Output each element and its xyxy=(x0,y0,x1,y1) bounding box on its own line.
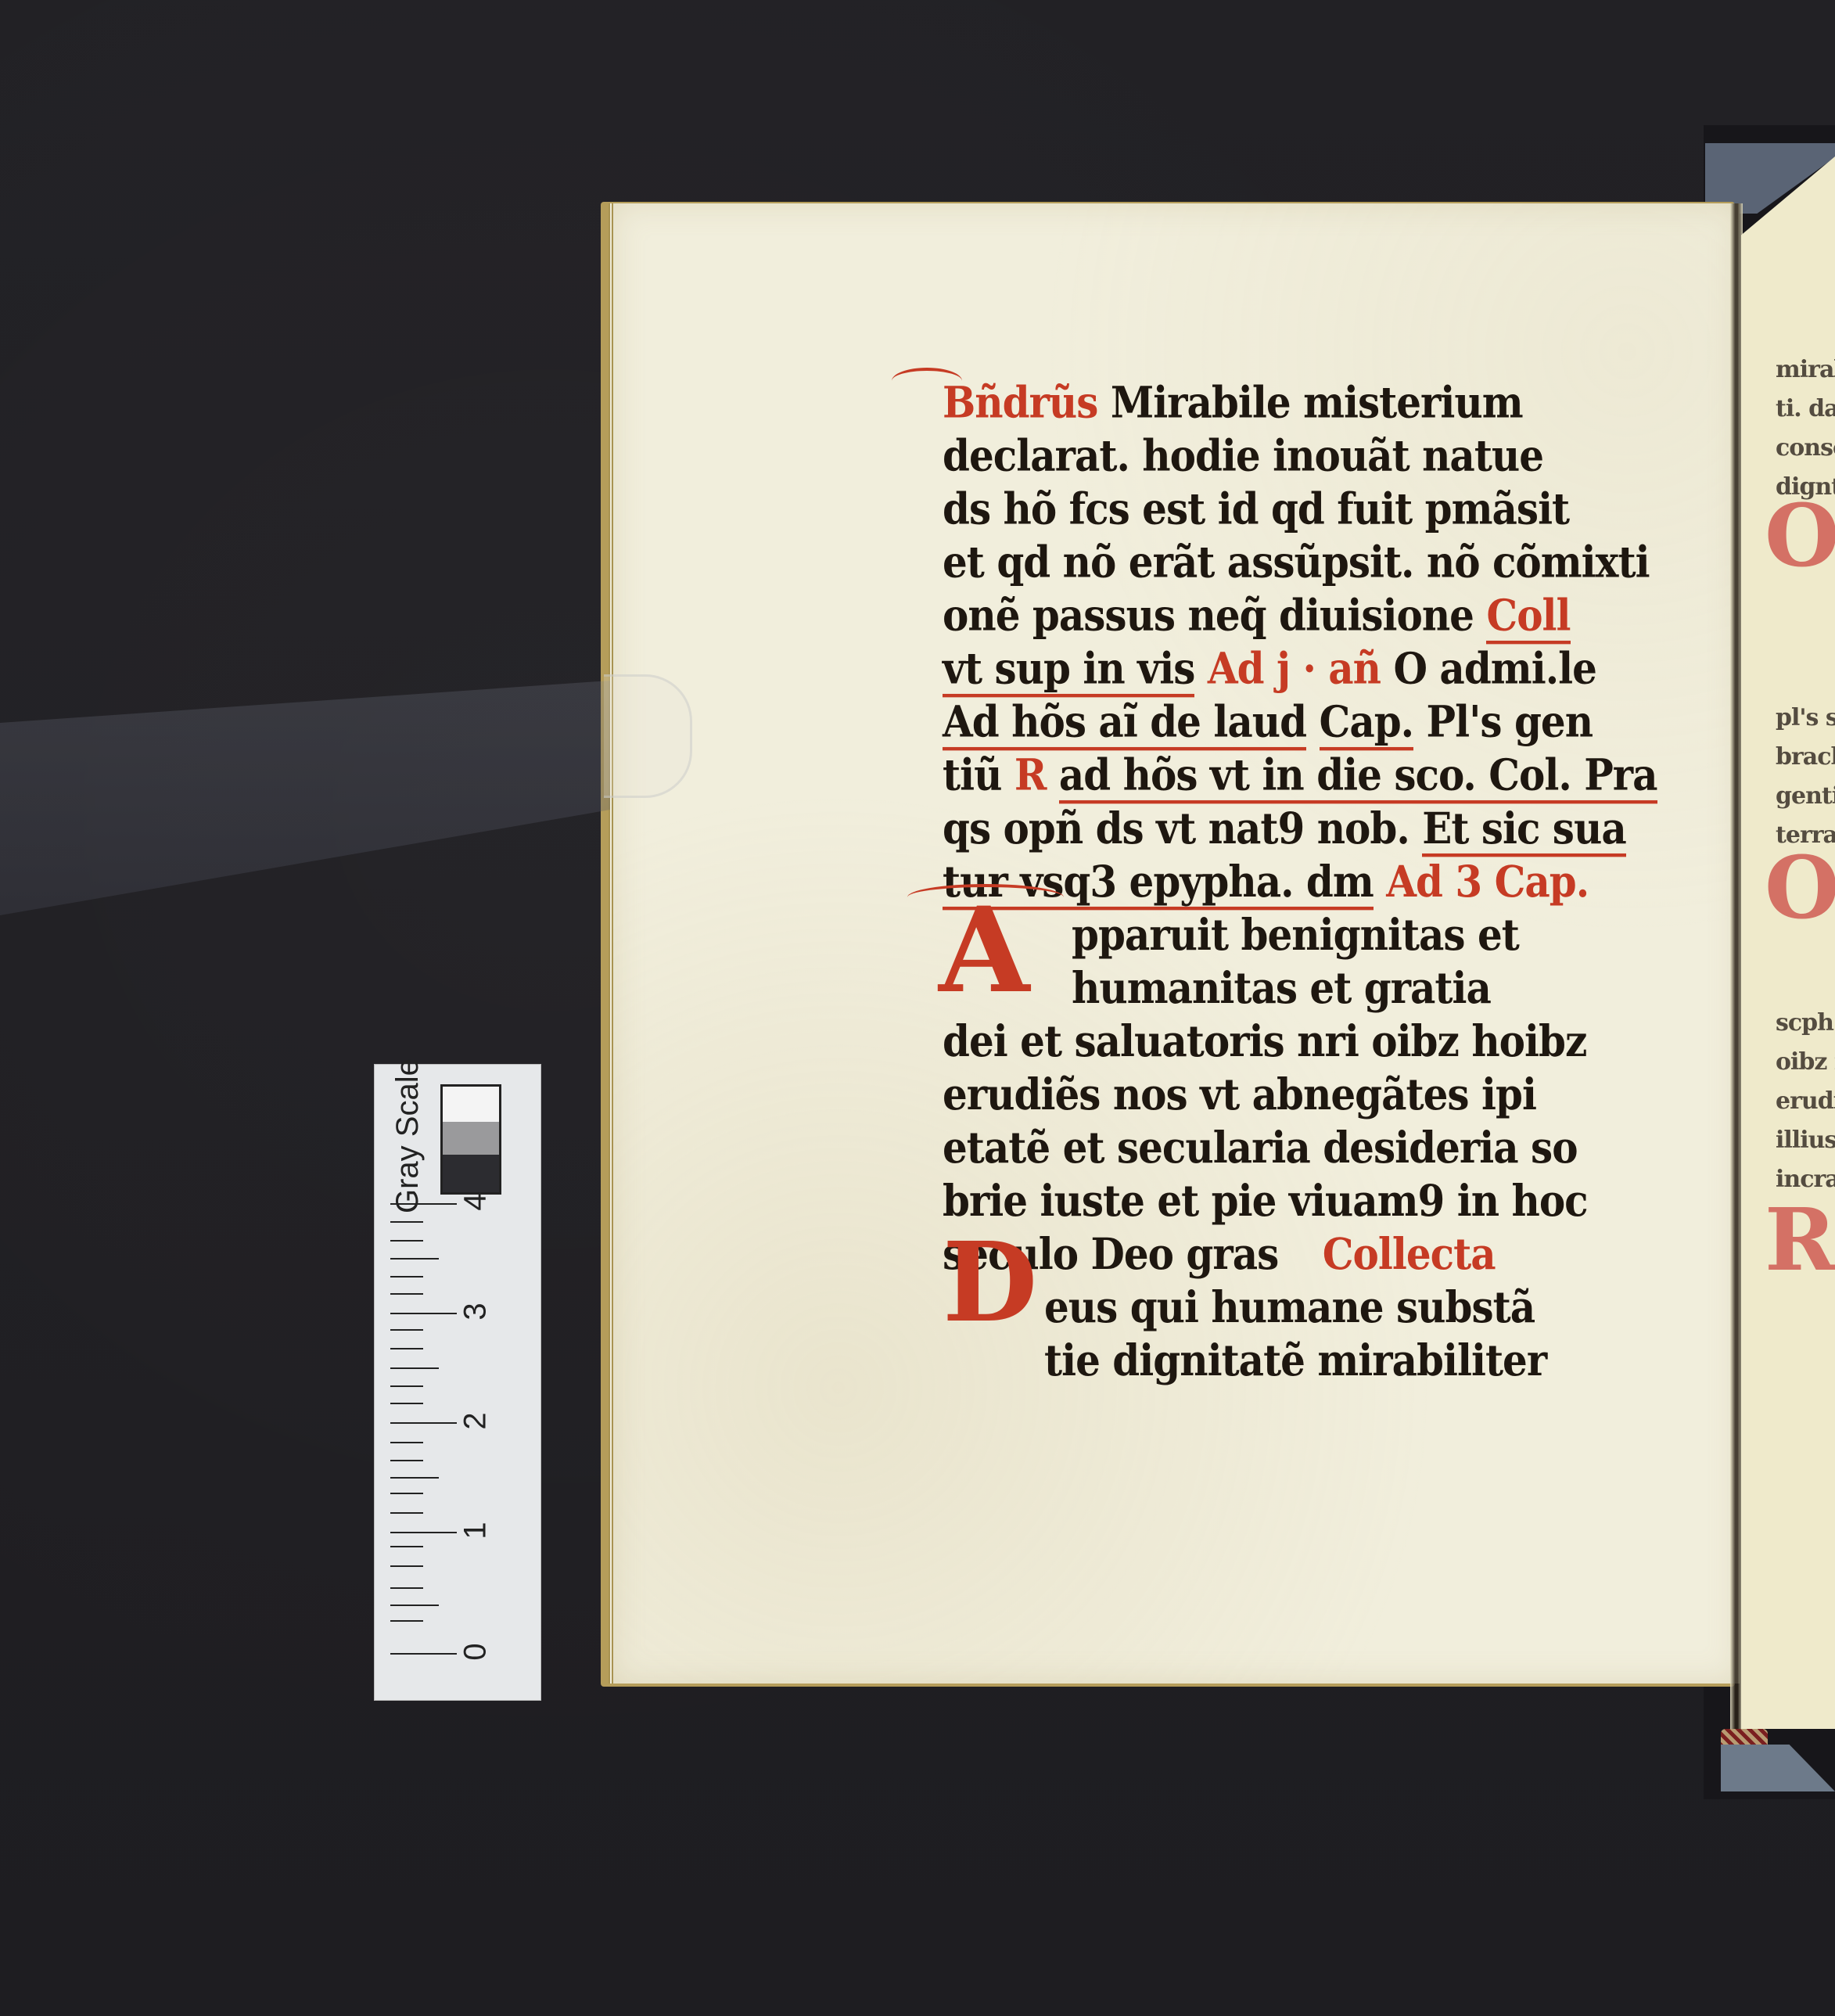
plastic-holder-tip xyxy=(604,674,692,798)
ruler-tick-half xyxy=(390,1367,439,1369)
ruler-tick-half xyxy=(390,1605,439,1606)
white-swatch xyxy=(443,1087,499,1122)
binding-gutter xyxy=(1730,203,1743,1729)
line-text: vt sup in vis xyxy=(943,643,1194,697)
decorated-initial-d: D xyxy=(943,1228,1037,1338)
gray-scale-ruler: Gray Scale 0 1 2 3 4 xyxy=(374,1064,541,1701)
manuscript-line: eus qui humane substã xyxy=(1044,1281,1535,1332)
manuscript-line: tiũ R ad hõs vt in die sco. Col. Pra xyxy=(943,749,1657,800)
facing-initial: R xyxy=(1765,1189,1835,1290)
line-text: tiũ xyxy=(943,749,1001,800)
ruler-tick xyxy=(390,1565,423,1567)
manuscript-line: onẽ passus neq̃ diuisione Coll xyxy=(943,590,1571,641)
line-text: Ad hõs aĩ de laud xyxy=(943,696,1306,750)
ruler-tick xyxy=(390,1329,423,1331)
line-text: onẽ passus neq̃ diuisione xyxy=(943,590,1474,641)
facing-line: erudie xyxy=(1776,1087,1835,1115)
ruler-tick xyxy=(390,1442,423,1443)
gray-swatch xyxy=(443,1122,499,1155)
facing-page: mirabil ti. da mi consort dignt ẽ O pl's… xyxy=(1741,156,1835,1729)
rubric: Coll xyxy=(1486,590,1570,644)
facing-line: illius i xyxy=(1776,1127,1835,1154)
rubric: Ad 3 Cap. xyxy=(1386,856,1589,907)
black-swatch xyxy=(443,1155,499,1192)
manuscript-line: pparuit benignitas et xyxy=(1072,909,1519,960)
ruler-tick xyxy=(390,1276,423,1278)
line-text: Pl's gen xyxy=(1427,696,1593,747)
manuscript-line: erudiẽs nos vt abnegãtes ipi xyxy=(943,1069,1536,1119)
facing-line: oibz no xyxy=(1776,1048,1835,1076)
ruler-tick-major xyxy=(390,1313,457,1314)
manuscript-line: dei et saluatoris nri oibz hoibz xyxy=(943,1015,1586,1066)
initial-flourish xyxy=(907,884,1064,911)
ruler-label-4: 4 xyxy=(458,1193,494,1210)
ruler-tick xyxy=(390,1546,423,1547)
line-text: ad hõs vt in die sco. Col. Pra xyxy=(1059,749,1657,803)
ruler-tick-half xyxy=(390,1258,439,1260)
manuscript-line: Ad hõs aĩ de laud Cap. Pl's gen xyxy=(943,696,1593,747)
ruler-tick xyxy=(390,1620,423,1622)
ruler-tick xyxy=(390,1460,423,1461)
manuscript-line: tie dignitatẽ mirabiliter xyxy=(1044,1335,1546,1385)
ruler-label-0: 0 xyxy=(458,1643,494,1660)
facing-line: ti. da mi xyxy=(1776,395,1835,422)
manuscript-line: et qd nõ erãt assũpsit. nõ cõmixti xyxy=(943,537,1650,588)
ruler-label-1: 1 xyxy=(458,1522,494,1539)
rubric: Collecta xyxy=(1323,1228,1496,1279)
facing-line: brachiu xyxy=(1776,743,1835,771)
manuscript-line: Bñdrũs Mirabile misterium xyxy=(943,377,1523,428)
ruler-tick xyxy=(390,1348,423,1349)
manuscript-line: brie iuste et pie viuam9 in hoc xyxy=(943,1175,1588,1226)
facing-initial: O xyxy=(1765,837,1835,938)
ruler-tick-major xyxy=(390,1203,457,1205)
ruler-tick xyxy=(390,1221,423,1223)
ruler-tick xyxy=(390,1512,423,1514)
manuscript-line: etatẽ et secularia desideria so xyxy=(943,1122,1578,1173)
manuscript-line: ds hõ fcs est id qd fuit pmãsit xyxy=(943,483,1569,534)
ruler-tick-major xyxy=(390,1422,457,1424)
rubric: Ad j · añ xyxy=(1208,643,1381,694)
ruler-tick xyxy=(390,1493,423,1494)
facing-initial: O xyxy=(1765,485,1835,586)
facing-line: mirabil xyxy=(1776,356,1835,383)
rubric: Et sic sua xyxy=(1422,803,1626,857)
ruler-label-3: 3 xyxy=(458,1303,494,1320)
ruler-tick xyxy=(390,1403,423,1404)
manuscript-line: vt sup in vis Ad j · añ O admi.le xyxy=(943,643,1596,694)
ruler-tick-half xyxy=(390,1477,439,1479)
facing-line: gentiũ xyxy=(1776,782,1835,810)
ruler-tick xyxy=(390,1385,423,1387)
line-text: Mirabile misterium xyxy=(1111,377,1523,428)
manuscript-line: declarat. hodie inouãt natue xyxy=(943,430,1543,481)
ruler-tick xyxy=(390,1240,423,1242)
rubric: Cap. xyxy=(1320,696,1414,750)
scale-title: Gray Scale xyxy=(390,1058,426,1213)
ruler-tick-major xyxy=(390,1653,457,1655)
rubric: Bñdrũs xyxy=(943,377,1097,428)
manuscript-line: humanitas et gratia xyxy=(1072,962,1491,1013)
ruler-label-2: 2 xyxy=(458,1412,494,1429)
facing-line: consort xyxy=(1776,434,1835,462)
ruler-tick xyxy=(390,1587,423,1589)
ruler-tick-major xyxy=(390,1532,457,1533)
rubric: R xyxy=(1014,749,1047,800)
facing-line: pl's sua xyxy=(1776,704,1835,731)
manuscript-line: qs opñ ds vt nat9 nob. Et sic sua xyxy=(943,803,1626,853)
facing-line: scph. a xyxy=(1776,1009,1835,1037)
ruler-tick xyxy=(390,1293,423,1295)
line-text: qs opñ ds vt nat9 nob. xyxy=(943,803,1409,853)
gray-swatch-box xyxy=(440,1084,501,1195)
line-text: O admi.le xyxy=(1393,643,1596,694)
